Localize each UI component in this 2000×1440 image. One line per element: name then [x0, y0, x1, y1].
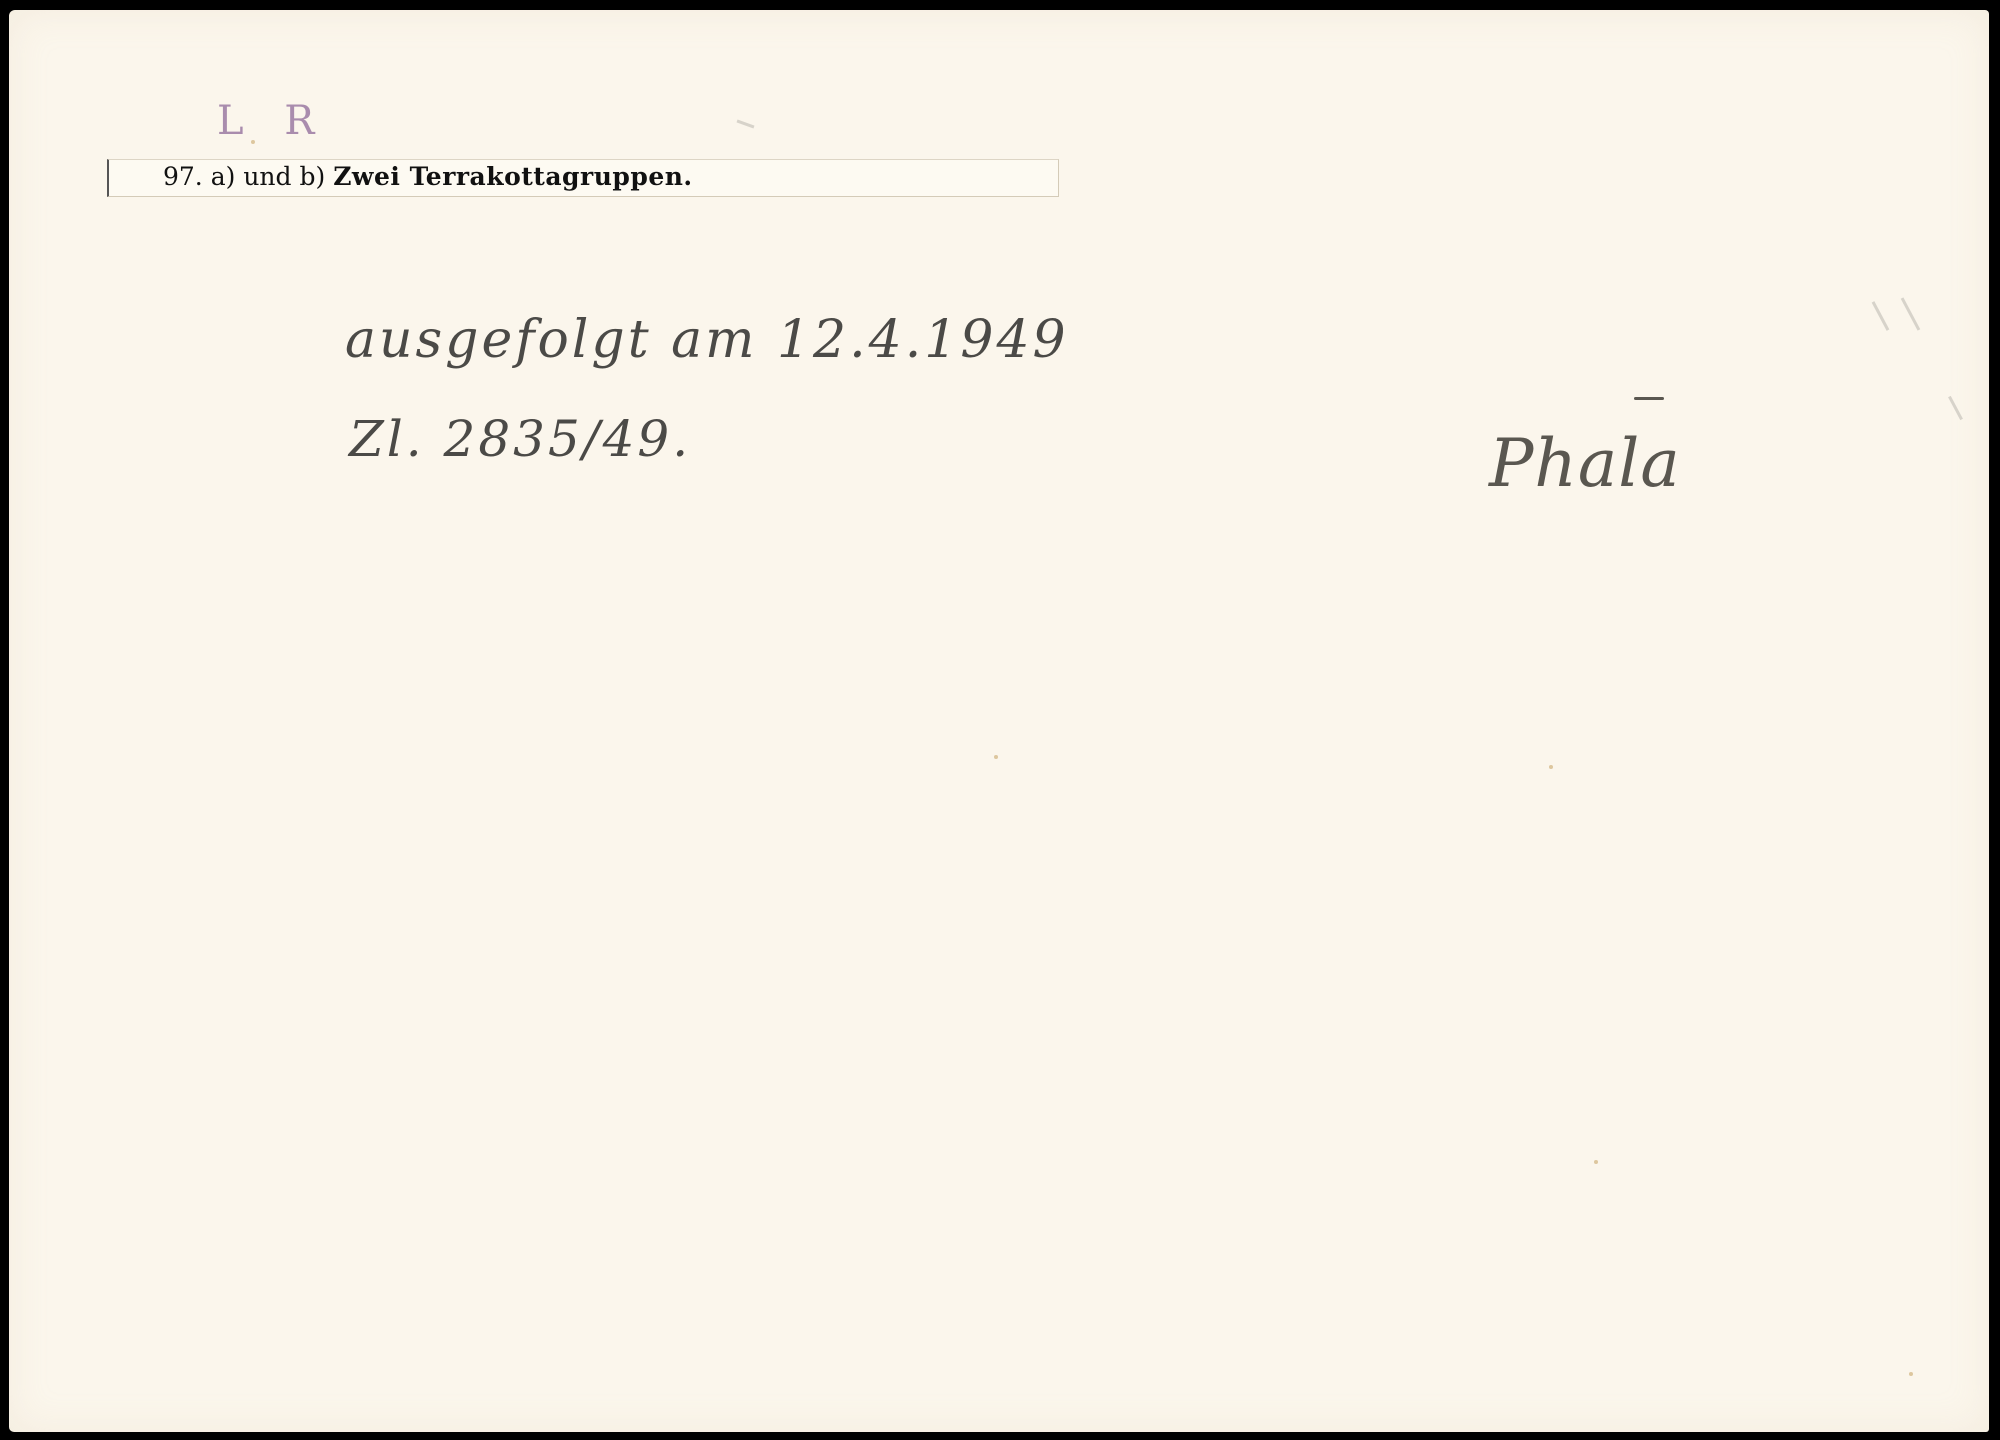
signature: Phala [1489, 425, 1681, 502]
document-card: L R 97. a) und b) Zwei Terrakottagruppen… [9, 10, 1989, 1432]
signature-macron [1634, 397, 1664, 400]
paper-speck [1549, 765, 1553, 769]
faint-pencil-mark [737, 120, 755, 129]
faint-pencil-mark [1872, 301, 1890, 331]
lr-stamp: L R [217, 98, 328, 144]
faint-pencil-mark [1948, 396, 1963, 420]
paper-speck [994, 755, 998, 759]
label-text: 97. a) und b) Zwei Terrakottagruppen. [163, 162, 693, 191]
printed-label-strip: 97. a) und b) Zwei Terrakottagruppen. [107, 159, 1059, 197]
paper-speck [1909, 1372, 1913, 1376]
label-title: Zwei Terrakottagruppen. [333, 162, 692, 191]
faint-pencil-mark [1901, 297, 1921, 330]
label-subitems: a) und b) [211, 162, 326, 191]
paper-speck [1594, 1160, 1598, 1164]
handwritten-release-note: ausgefolgt am 12.4.1949 [345, 310, 1069, 370]
paper-speck [251, 140, 255, 144]
handwritten-reference-number: Zl. 2835/49. [349, 410, 691, 468]
label-number: 97. [163, 162, 203, 191]
